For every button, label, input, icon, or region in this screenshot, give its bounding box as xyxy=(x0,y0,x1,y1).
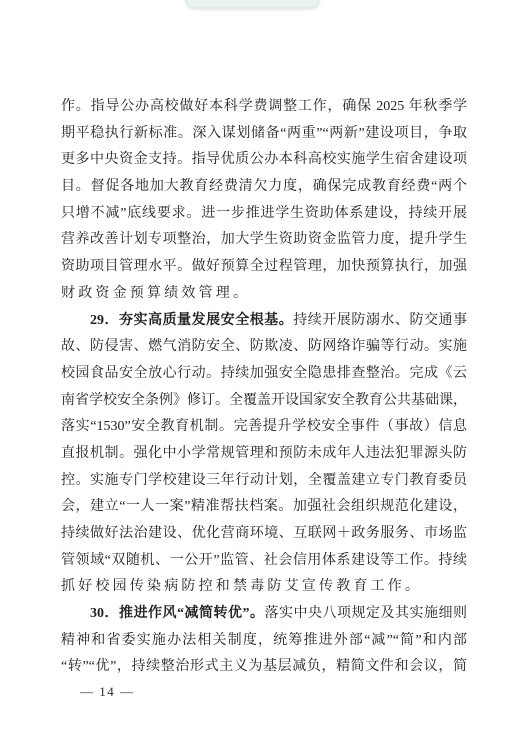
text-line: 目。督促各地加大教育经费清欠力度，确保完成教育经费“两个 xyxy=(61,174,467,201)
text-line: 营养改善计划专项整治，加大学生资助资金监管力度，提升学生 xyxy=(61,227,467,254)
text-line: 资助项目管理水平。做好预算全过程管理，加快预算执行，加强 xyxy=(61,254,467,281)
text-line: 会，建立“一人一案”精准帮扶档案。加强社会组织规范化建设， xyxy=(61,494,467,521)
text-line: 直报机制。强化中小学常规管理和预防未成年人违法犯罪源头防 xyxy=(61,441,467,468)
page-number: — 14 — xyxy=(80,684,135,700)
document-page: 作。指导公办高校做好本科学费调整工作，确保 2025 年秋季学期平稳执行新标准。… xyxy=(0,0,528,746)
text-line: 管领域“双随机、一公开”监管、社会信用体系建设等工作。持续 xyxy=(61,548,467,575)
text-line: 29．夯实高质量发展安全根基。持续开展防溺水、防交通事 xyxy=(61,308,467,335)
text-line: 30．推进作风“减简转优”。落实中央八项规定及其实施细则 xyxy=(61,601,467,628)
text-line: 持续做好法治建设、优化营商环境、互联网＋政务服务、市场监 xyxy=(61,521,467,548)
text-line: “转”“优”，持续整治形式主义为基层减负，精简文件和会议，简 xyxy=(61,654,467,681)
text-line: 期平稳执行新标准。深入谋划储备“两重”“两新”建设项目，争取 xyxy=(61,121,467,148)
text-line: 财政资金预算绩效管理。 xyxy=(61,281,467,308)
text-line: 抓好校园传染病防控和禁毒防艾宣传教育工作。 xyxy=(61,574,467,601)
cutoff-floating-toolbar-fragment xyxy=(186,0,319,8)
text-line: 控。实施专门学校建设三年行动计划，全覆盖建立专门教育委员 xyxy=(61,468,467,495)
text-line: 落实“1530”安全教育机制。完善提升学校安全事件（事故）信息 xyxy=(61,414,467,441)
text-line: 精神和省委实施办法相关制度，统筹推进外部“减”“简”和内部 xyxy=(61,628,467,655)
paragraph-heading: 30．推进作风“减简转优”。 xyxy=(90,606,265,621)
paragraph-heading: 29．夯实高质量发展安全根基。 xyxy=(90,313,293,328)
text-line: 南省学校安全条例》修订。全覆盖开设国家安全教育公共基础课， xyxy=(61,388,467,415)
text-line: 只增不减”底线要求。进一步推进学生资助体系建设，持续开展 xyxy=(61,201,467,228)
text-line: 更多中央资金支持。指导优质公办本科高校实施学生宿舍建设项 xyxy=(61,147,467,174)
text-line: 校园食品安全放心行动。持续加强安全隐患排查整治。完成《云 xyxy=(61,361,467,388)
document-text-block: 作。指导公办高校做好本科学费调整工作，确保 2025 年秋季学期平稳执行新标准。… xyxy=(61,94,467,681)
text-line: 作。指导公办高校做好本科学费调整工作，确保 2025 年秋季学 xyxy=(61,94,467,121)
text-line: 故、防侵害、燃气消防安全、防欺凌、防网络诈骗等行动。实施 xyxy=(61,334,467,361)
